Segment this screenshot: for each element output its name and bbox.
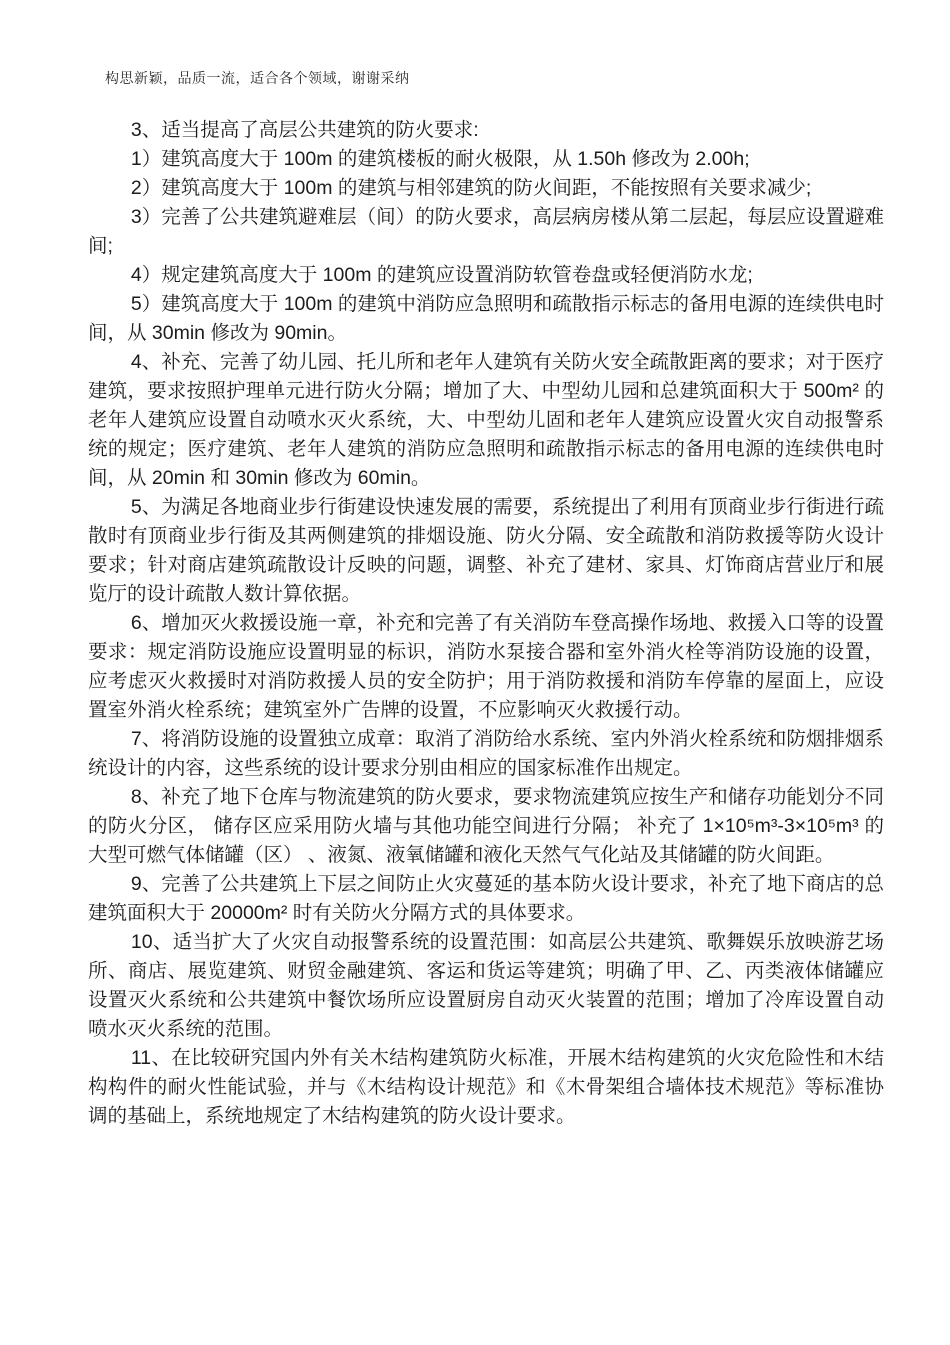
paragraph-item-2: 2）建筑高度大于 100m 的建筑与相邻建筑的防火间距，不能按照有关要求减少; bbox=[88, 174, 884, 203]
paragraph-heading-3: 3、适当提高了高层公共建筑的防火要求: bbox=[88, 116, 884, 145]
paragraph-item-1: 1）建筑高度大于 100m 的建筑楼板的耐火极限，从 1.50h 修改为 2.0… bbox=[88, 145, 884, 174]
paragraph-section-5: 5、为满足各地商业步行街建设快速发展的需要，系统提出了利用有顶商业步行街进行疏散… bbox=[88, 493, 884, 609]
paragraph-item-4: 4）规定建筑高度大于 100m 的建筑应设置消防软管卷盘或轻便消防水龙; bbox=[88, 261, 884, 290]
paragraph-section-11: 11、在比较研究国内外有关木结构建筑防火标准，开展木结构建筑的火灾危险性和木结构… bbox=[88, 1044, 884, 1131]
paragraph-section-8: 8、补充了地下仓库与物流建筑的防火要求，要求物流建筑应按生产和储存功能划分不同的… bbox=[88, 783, 884, 870]
document-body: 3、适当提高了高层公共建筑的防火要求: 1）建筑高度大于 100m 的建筑楼板的… bbox=[88, 116, 884, 1131]
paragraph-section-10: 10、适当扩大了火灾自动报警系统的设置范围：如高层公共建筑、歌舞娱乐放映游艺场所… bbox=[88, 928, 884, 1044]
paragraph-section-9: 9、完善了公共建筑上下层之间防止火灾蔓延的基本防火设计要求，补充了地下商店的总建… bbox=[88, 870, 884, 928]
page-header-note: 构思新颖，品质一流，适合各个领域，谢谢采纳 bbox=[105, 69, 410, 87]
paragraph-section-7: 7、将消防设施的设置独立成章：取消了消防给水系统、室内外消火栓系统和防烟排烟系统… bbox=[88, 725, 884, 783]
paragraph-item-5: 5）建筑高度大于 100m 的建筑中消防应急照明和疏散指示标志的备用电源的连续供… bbox=[88, 290, 884, 348]
paragraph-section-4: 4、补充、完善了幼儿园、托儿所和老年人建筑有关防火安全疏散距离的要求；对于医疗建… bbox=[88, 348, 884, 493]
document-page: 构思新颖，品质一流，适合各个领域，谢谢采纳 3、适当提高了高层公共建筑的防火要求… bbox=[0, 0, 950, 1345]
paragraph-item-3: 3）完善了公共建筑避难层（间）的防火要求，高层病房楼从第二层起，每层应设置避难间… bbox=[88, 203, 884, 261]
paragraph-section-6: 6、增加灭火救援设施一章，补充和完善了有关消防车登高操作场地、救援入口等的设置要… bbox=[88, 609, 884, 725]
